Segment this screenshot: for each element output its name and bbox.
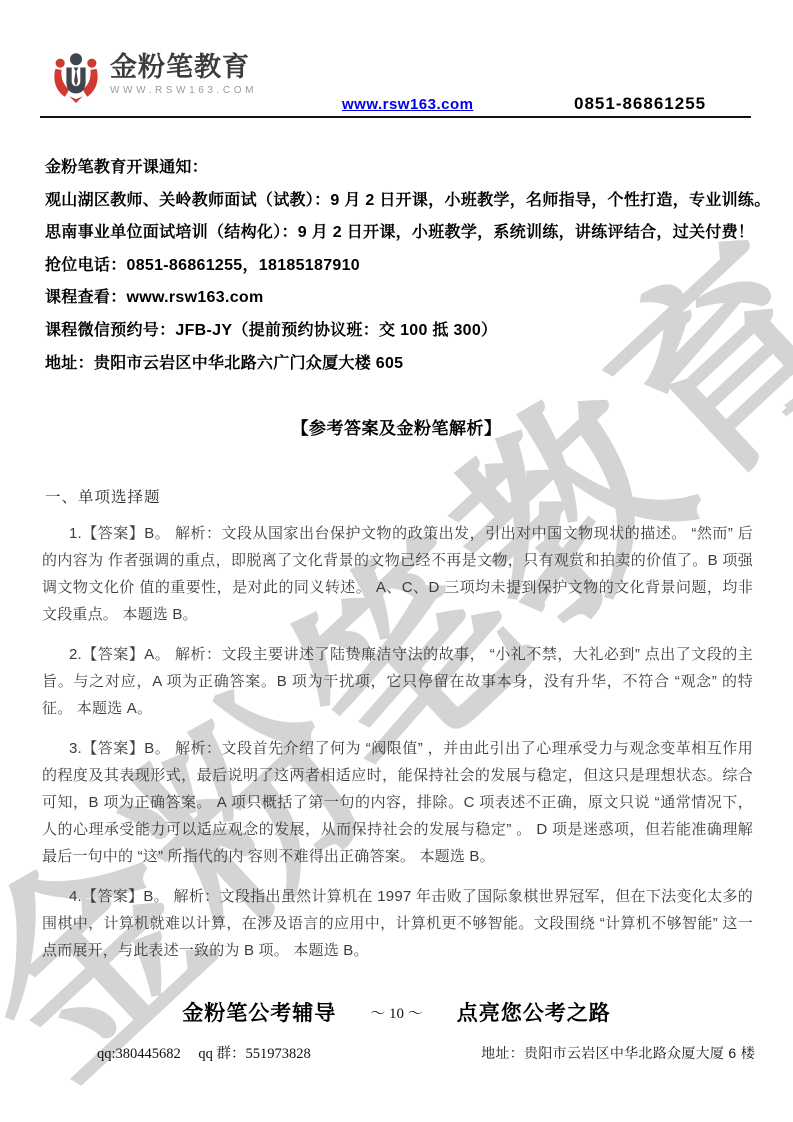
site-link[interactable]: www.rsw163.com	[342, 96, 474, 113]
brand: 金粉笔教育 WWW.RSW163.COM	[52, 52, 257, 105]
notice-site-line: 课程查看：www.rsw163.com	[45, 282, 771, 315]
notice-title: 金粉笔教育开课通知：	[45, 152, 771, 185]
document-page: 金粉笔教育 金粉笔教育 WWW.RSW163.COM www.rsw163.co…	[0, 0, 793, 1122]
notice-address-line: 地址：贵阳市云岩区中华北路六广门众厦大楼 605	[45, 348, 771, 381]
answer-paragraph-1: 1.【答案】B。 解析：文段从国家出台保护文物的政策出发，引出对中国文物现状的描…	[42, 520, 753, 628]
notice-wechat-line: 课程微信预约号：JFB-JY（提前预约协议班：交 100 抵 300）	[45, 315, 771, 348]
footer-address: 地址：贵阳市云岩区中华北路众厦大厦 6 楼	[481, 1043, 755, 1063]
brand-text: 金粉笔教育 WWW.RSW163.COM	[110, 52, 257, 96]
footer-contact-row: qq:380445682 qq 群：551973828 地址：贵阳市云岩区中华北…	[97, 1042, 755, 1063]
page-title: 【参考答案及金粉笔解析】	[0, 414, 793, 439]
footer-qq-number: qq:380445682	[97, 1046, 181, 1062]
section-heading: 一、单项选择题	[45, 485, 161, 507]
answers-section: 1.【答案】B。 解析：文段从国家出台保护文物的政策出发，引出对中国文物现状的描…	[42, 520, 753, 977]
notice-line: 思南事业单位面试培训（结构化）：9 月 2 日开课，小班教学，系统训练，讲练评结…	[45, 217, 771, 250]
footer-qq-block: qq:380445682 qq 群：551973828	[97, 1042, 325, 1063]
notice-line: 观山湖区教师、关岭教师面试（试教）：9 月 2 日开课，小班教学，名师指导，个性…	[45, 185, 771, 218]
answer-paragraph-2: 2.【答案】A。 解析：文段主要讲述了陆贽廉洁守法的故事， “小礼不禁，大礼必到…	[42, 641, 753, 722]
footer-banner: 金粉笔公考辅导～ 10 ～点亮您公考之路	[0, 997, 793, 1027]
notice-section: 金粉笔教育开课通知： 观山湖区教师、关岭教师面试（试教）：9 月 2 日开课，小…	[45, 152, 771, 380]
footer-slogan: 点亮您公考之路	[457, 1002, 611, 1025]
phone-number: 0851-86861255	[574, 94, 706, 114]
answer-paragraph-4: 4.【答案】B。 解析：文段指出虽然计算机在 1997 年击败了国际象棋世界冠军…	[42, 883, 753, 964]
brand-site-url: WWW.RSW163.COM	[110, 85, 257, 96]
notice-phone-line: 抢位电话：0851-86861255，18185187910	[45, 250, 771, 283]
brand-name: 金粉笔教育	[110, 52, 257, 82]
page-number: ～ 10 ～	[370, 1002, 423, 1023]
brand-logo-icon	[52, 52, 100, 105]
footer-qq-group: qq 群：551973828	[198, 1046, 310, 1062]
answer-paragraph-3: 3.【答案】B。 解析：文段首先介绍了何为 “阀限值” ，并由此引出了心理承受力…	[42, 735, 753, 870]
footer-brand: 金粉笔公考辅导	[182, 1002, 336, 1025]
header: 金粉笔教育 WWW.RSW163.COM www.rsw163.com 0851…	[40, 0, 751, 118]
